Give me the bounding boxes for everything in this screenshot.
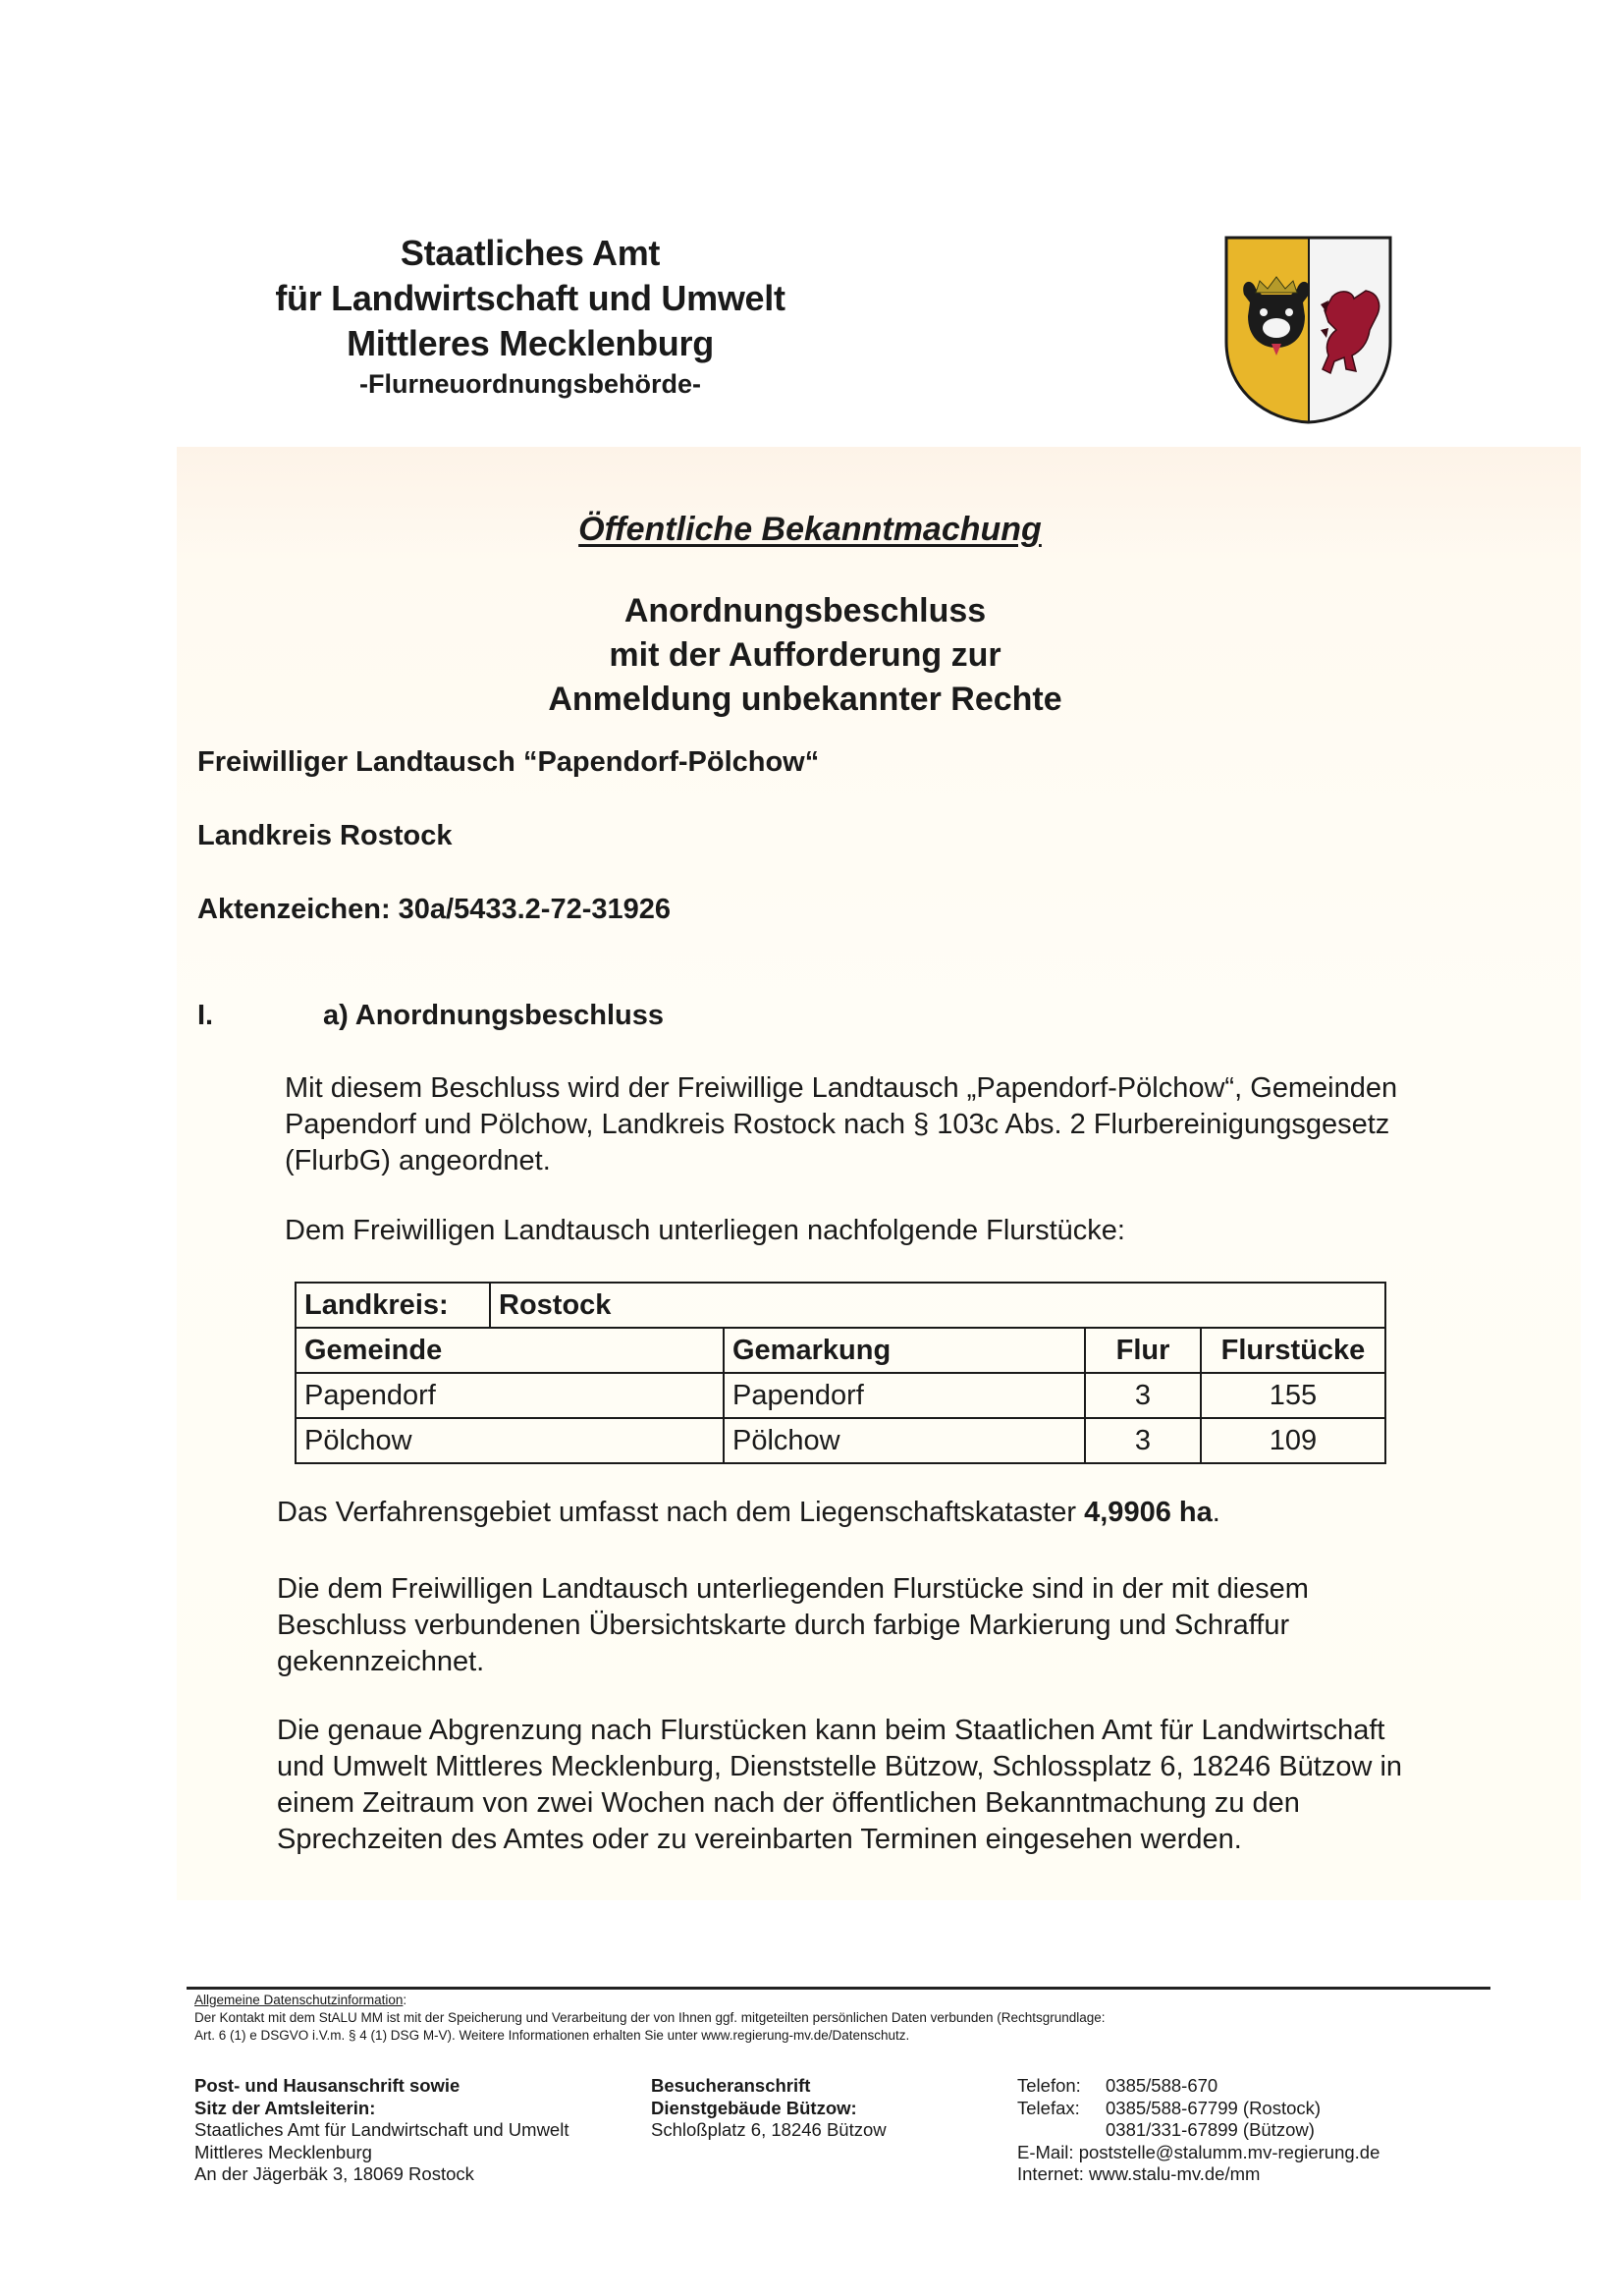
- decision-line-3: Anmeldung unbekannter Rechte: [471, 678, 1139, 722]
- area-value: 4,9906 ha: [1084, 1497, 1213, 1528]
- issuing-authority: Staatliches Amt für Landwirtschaft und U…: [187, 231, 874, 402]
- district-name: Landkreis Rostock: [197, 820, 452, 852]
- inspection-paragraph: Die genaue Abgrenzung nach Flurstücken k…: [277, 1713, 1426, 1858]
- postal-line-2: Mittleres Mecklenburg: [194, 2142, 636, 2164]
- visitor-address: Besucheranschrift Dienstgebäude Bützow: …: [651, 2075, 1004, 2142]
- fax-label: Telefax:: [1017, 2098, 1106, 2120]
- column-header: Gemarkung: [724, 1328, 1085, 1373]
- org-line-1: Staatliches Amt: [187, 231, 874, 276]
- org-line-2: für Landwirtschaft und Umwelt: [187, 276, 874, 321]
- phone-label: Telefon:: [1017, 2075, 1106, 2098]
- column-header: Gemeinde: [296, 1328, 724, 1373]
- district-value: Rostock: [490, 1283, 1385, 1328]
- section-title: a) Anordnungsbeschluss: [323, 1000, 664, 1031]
- table-header-row: Gemeinde Gemarkung Flur Flurstücke: [296, 1328, 1385, 1373]
- cell-flur: 3: [1085, 1418, 1201, 1463]
- footer-divider: [187, 1987, 1490, 1990]
- column-header: Flurstücke: [1201, 1328, 1385, 1373]
- org-department: -Flurneuordnungsbehörde-: [187, 366, 874, 402]
- procedure-name: Freiwilliger Landtausch “Papendorf-Pölch…: [197, 746, 819, 779]
- cell-flurstuecke: 155: [1201, 1373, 1385, 1418]
- fax-number-buetzow: 0381/331-67899 (Bützow): [1106, 2119, 1315, 2142]
- contact-details: Telefon:0385/588-670 Telefax:0385/588-67…: [1017, 2075, 1469, 2186]
- privacy-heading: Allgemeine Datenschutzinformation: [194, 1993, 403, 2007]
- decision-heading: Anordnungsbeschluss mit der Aufforderung…: [471, 589, 1139, 722]
- visitor-line-1: Schloßplatz 6, 18246 Bützow: [651, 2119, 1004, 2142]
- district-label: Landkreis:: [296, 1283, 490, 1328]
- email-link[interactable]: E-Mail: poststelle@stalumm.mv-regierung.…: [1017, 2142, 1469, 2164]
- fax-number-rostock: 0385/588-67799 (Rostock): [1106, 2098, 1321, 2120]
- coat-of-arms-icon: [1222, 234, 1394, 426]
- cell-gemarkung: Papendorf: [724, 1373, 1085, 1418]
- parcels-intro: Dem Freiwilligen Landtausch unterliegen …: [285, 1213, 1414, 1249]
- privacy-line-2: Art. 6 (1) e DSGVO i.V.m. § 4 (1) DSG M-…: [194, 2027, 1471, 2045]
- postal-heading-2: Sitz der Amtsleiterin:: [194, 2098, 375, 2118]
- section-number: I.: [197, 1000, 323, 1032]
- file-number: Aktenzeichen: 30a/5433.2-72-31926: [197, 894, 671, 926]
- decision-line-1: Anordnungsbeschluss: [471, 589, 1139, 633]
- decision-line-2: mit der Aufforderung zur: [471, 633, 1139, 678]
- visitor-heading-2: Dienstgebäude Bützow:: [651, 2098, 857, 2118]
- org-line-3: Mittleres Mecklenburg: [187, 321, 874, 366]
- order-paragraph: Mit diesem Beschluss wird der Freiwillig…: [285, 1070, 1414, 1179]
- table-row: Pölchow Pölchow 3 109: [296, 1418, 1385, 1463]
- cell-gemeinde: Pölchow: [296, 1418, 724, 1463]
- cell-gemeinde: Papendorf: [296, 1373, 724, 1418]
- column-header: Flur: [1085, 1328, 1201, 1373]
- notice-title: Öffentliche Bekanntmachung: [491, 511, 1129, 549]
- area-suffix: .: [1213, 1497, 1220, 1528]
- website-link[interactable]: Internet: www.stalu-mv.de/mm: [1017, 2163, 1469, 2186]
- privacy-line-1: Der Kontakt mit dem StALU MM ist mit der…: [194, 2009, 1471, 2027]
- section-heading: I.a) Anordnungsbeschluss: [197, 1000, 664, 1032]
- parcels-table: Landkreis: Rostock Gemeinde Gemarkung Fl…: [295, 1282, 1386, 1464]
- area-statement: Das Verfahrensgebiet umfasst nach dem Li…: [277, 1495, 1426, 1531]
- phone-number: 0385/588-670: [1106, 2075, 1217, 2098]
- postal-heading-1: Post- und Hausanschrift sowie: [194, 2075, 460, 2096]
- table-district-row: Landkreis: Rostock: [296, 1283, 1385, 1328]
- postal-line-3: An der Jägerbäk 3, 18069 Rostock: [194, 2163, 636, 2186]
- table-row: Papendorf Papendorf 3 155: [296, 1373, 1385, 1418]
- visitor-heading-1: Besucheranschrift: [651, 2075, 810, 2096]
- cell-flurstuecke: 109: [1201, 1418, 1385, 1463]
- area-prefix: Das Verfahrensgebiet umfasst nach dem Li…: [277, 1497, 1084, 1528]
- postal-address: Post- und Hausanschrift sowie Sitz der A…: [194, 2075, 636, 2186]
- cell-gemarkung: Pölchow: [724, 1418, 1085, 1463]
- privacy-notice: Allgemeine Datenschutzinformation: Der K…: [194, 1992, 1471, 2045]
- cell-flur: 3: [1085, 1373, 1201, 1418]
- map-paragraph: Die dem Freiwilligen Landtausch unterlie…: [277, 1571, 1426, 1680]
- postal-line-1: Staatliches Amt für Landwirtschaft und U…: [194, 2119, 636, 2142]
